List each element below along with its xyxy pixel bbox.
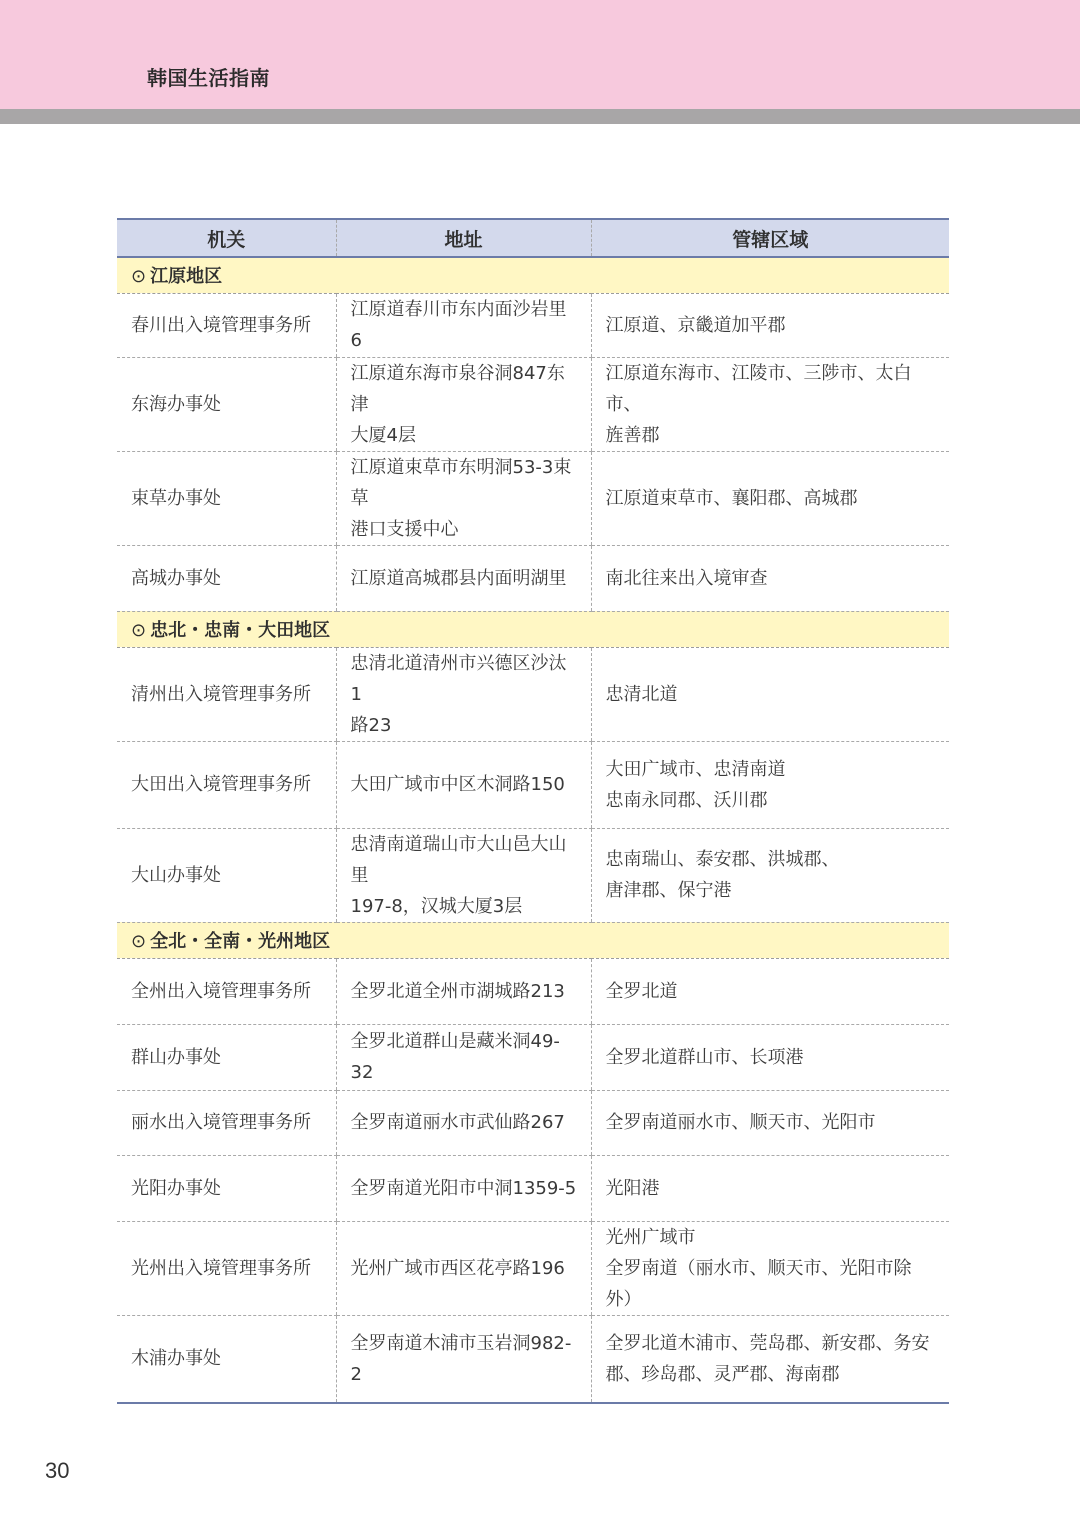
address-line: 全罗北道全州市湖城路213 — [351, 976, 577, 1007]
address-line: 江原道高城郡县内面明湖里 — [351, 563, 577, 594]
office-name-cell: 东海办事处 — [117, 357, 336, 451]
table-row: 丽水出入境管理事务所全罗南道丽水市武仙路267全罗南道丽水市、顺天市、光阳市 — [117, 1090, 949, 1155]
jurisdiction-line: 江原道、京畿道加平郡 — [606, 310, 936, 341]
address-cell: 光州广域市西区花亭路196 — [336, 1221, 591, 1315]
circle-dot-icon: ⊙ — [131, 931, 146, 952]
table-row: 束草办事处江原道束草市东明洞53-3束草港口支援中心江原道束草市、襄阳郡、高城郡 — [117, 451, 949, 545]
address-line: 江原道春川市东内面沙岩里6 — [351, 294, 577, 356]
address-line: 光州广域市西区花亭路196 — [351, 1253, 577, 1284]
office-name-cell: 束草办事处 — [117, 451, 336, 545]
office-name-cell: 全州出入境管理事务所 — [117, 958, 336, 1024]
jurisdiction-line: 全罗北道木浦市、莞岛郡、新安郡、务安 — [606, 1328, 936, 1359]
circle-dot-icon: ⊙ — [131, 266, 146, 287]
address-line: 江原道束草市东明洞53-3束草 — [351, 452, 577, 514]
table-row: 大田出入境管理事务所大田广域市中区木洞路150大田广域市、忠清南道忠南永同郡、沃… — [117, 741, 949, 828]
region-header: ⊙忠北・忠南・大田地区 — [117, 611, 949, 647]
jurisdiction-line: 全罗南道丽水市、顺天市、光阳市 — [606, 1107, 936, 1138]
table-header-row: 机关 地址 管辖区域 — [117, 219, 949, 257]
jurisdiction-cell: 全罗北道 — [591, 958, 949, 1024]
jurisdiction-cell: 全罗北道木浦市、莞岛郡、新安郡、务安郡、珍岛郡、灵严郡、海南郡 — [591, 1315, 949, 1403]
immigration-office-table: 机关 地址 管辖区域 ⊙江原地区春川出入境管理事务所江原道春川市东内面沙岩里6江… — [117, 218, 949, 1404]
office-name-cell: 木浦办事处 — [117, 1315, 336, 1403]
table-row: 大山办事处忠清南道瑞山市大山邑大山里197-8，汉城大厦3层忠南瑞山、泰安郡、洪… — [117, 828, 949, 922]
jurisdiction-line: 全罗北道群山市、长项港 — [606, 1042, 936, 1073]
region-header: ⊙全北・全南・光州地区 — [117, 922, 949, 958]
address-line: 全罗北道群山是藏米洞49-32 — [351, 1026, 577, 1088]
jurisdiction-line: 忠清北道 — [606, 679, 936, 710]
table-row: 全州出入境管理事务所全罗北道全州市湖城路213全罗北道 — [117, 958, 949, 1024]
jurisdiction-line: 唐津郡、保宁港 — [606, 875, 936, 906]
address-line: 全罗南道木浦市玉岩洞982-2 — [351, 1328, 577, 1390]
jurisdiction-cell: 全罗北道群山市、长项港 — [591, 1024, 949, 1090]
jurisdiction-line: 南北往来出入境审查 — [606, 563, 936, 594]
office-name-cell: 清州出入境管理事务所 — [117, 647, 336, 741]
table-row: 群山办事处全罗北道群山是藏米洞49-32全罗北道群山市、长项港 — [117, 1024, 949, 1090]
address-line: 197-8，汉城大厦3层 — [351, 891, 577, 922]
jurisdiction-cell: 江原道东海市、江陵市、三陟市、太白市、旌善郡 — [591, 357, 949, 451]
jurisdiction-line: 郡、珍岛郡、灵严郡、海南郡 — [606, 1359, 936, 1390]
jurisdiction-line: 江原道东海市、江陵市、三陟市、太白市、 — [606, 358, 936, 420]
address-cell: 全罗南道丽水市武仙路267 — [336, 1090, 591, 1155]
document-title: 韩国生活指南 — [147, 62, 270, 91]
office-name-cell: 大田出入境管理事务所 — [117, 741, 336, 828]
table-row: 清州出入境管理事务所忠清北道清州市兴德区沙汰1路23忠清北道 — [117, 647, 949, 741]
jurisdiction-line: 光阳港 — [606, 1173, 936, 1204]
jurisdiction-line: 光州广域市 — [606, 1222, 936, 1253]
document-page: 韩国生活指南 机关 地址 管辖区域 ⊙江原地区春川出入境管理事务所江原道春川市东… — [0, 0, 1080, 1533]
column-header-office: 机关 — [117, 219, 336, 257]
jurisdiction-line: 江原道束草市、襄阳郡、高城郡 — [606, 483, 936, 514]
office-name-cell: 丽水出入境管理事务所 — [117, 1090, 336, 1155]
address-line: 全罗南道光阳市中洞1359-5 — [351, 1173, 577, 1204]
jurisdiction-line: 全罗南道（丽水市、顺天市、光阳市除外） — [606, 1253, 936, 1315]
table-row: 光阳办事处全罗南道光阳市中洞1359-5光阳港 — [117, 1155, 949, 1221]
jurisdiction-cell: 光阳港 — [591, 1155, 949, 1221]
table-row: 春川出入境管理事务所江原道春川市东内面沙岩里6江原道、京畿道加平郡 — [117, 293, 949, 357]
address-cell: 全罗南道木浦市玉岩洞982-2 — [336, 1315, 591, 1403]
address-cell: 全罗北道群山是藏米洞49-32 — [336, 1024, 591, 1090]
address-cell: 大田广域市中区木洞路150 — [336, 741, 591, 828]
header-band: 韩国生活指南 — [0, 0, 1080, 109]
region-header: ⊙江原地区 — [117, 257, 949, 293]
jurisdiction-cell: 江原道、京畿道加平郡 — [591, 293, 949, 357]
jurisdiction-cell: 光州广域市全罗南道（丽水市、顺天市、光阳市除外） — [591, 1221, 949, 1315]
office-name-cell: 光阳办事处 — [117, 1155, 336, 1221]
address-line: 港口支援中心 — [351, 514, 577, 545]
immigration-office-table-container: 机关 地址 管辖区域 ⊙江原地区春川出入境管理事务所江原道春川市东内面沙岩里6江… — [117, 218, 949, 1404]
office-name-cell: 光州出入境管理事务所 — [117, 1221, 336, 1315]
address-cell: 江原道束草市东明洞53-3束草港口支援中心 — [336, 451, 591, 545]
address-cell: 全罗南道光阳市中洞1359-5 — [336, 1155, 591, 1221]
circle-dot-icon: ⊙ — [131, 620, 146, 641]
address-cell: 江原道高城郡县内面明湖里 — [336, 545, 591, 611]
address-line: 大田广域市中区木洞路150 — [351, 769, 577, 800]
office-name-cell: 高城办事处 — [117, 545, 336, 611]
jurisdiction-cell: 忠清北道 — [591, 647, 949, 741]
jurisdiction-line: 旌善郡 — [606, 420, 936, 451]
address-line: 忠清南道瑞山市大山邑大山里 — [351, 829, 577, 891]
address-cell: 江原道东海市泉谷洞847东津大厦4层 — [336, 357, 591, 451]
address-line: 路23 — [351, 710, 577, 741]
column-header-address: 地址 — [336, 219, 591, 257]
column-header-jurisdiction: 管辖区域 — [591, 219, 949, 257]
jurisdiction-cell: 江原道束草市、襄阳郡、高城郡 — [591, 451, 949, 545]
jurisdiction-line: 全罗北道 — [606, 976, 936, 1007]
office-name-cell: 群山办事处 — [117, 1024, 336, 1090]
address-cell: 全罗北道全州市湖城路213 — [336, 958, 591, 1024]
table-row: 木浦办事处全罗南道木浦市玉岩洞982-2全罗北道木浦市、莞岛郡、新安郡、务安郡、… — [117, 1315, 949, 1403]
address-cell: 江原道春川市东内面沙岩里6 — [336, 293, 591, 357]
jurisdiction-cell: 忠南瑞山、泰安郡、洪城郡、唐津郡、保宁港 — [591, 828, 949, 922]
office-name-cell: 大山办事处 — [117, 828, 336, 922]
jurisdiction-line: 忠南永同郡、沃川郡 — [606, 785, 936, 816]
office-name-cell: 春川出入境管理事务所 — [117, 293, 336, 357]
address-cell: 忠清南道瑞山市大山邑大山里197-8，汉城大厦3层 — [336, 828, 591, 922]
region-header-row: ⊙江原地区 — [117, 257, 949, 293]
region-label: 忠北・忠南・大田地区 — [150, 620, 330, 641]
region-header-row: ⊙忠北・忠南・大田地区 — [117, 611, 949, 647]
table-body: ⊙江原地区春川出入境管理事务所江原道春川市东内面沙岩里6江原道、京畿道加平郡东海… — [117, 257, 949, 1403]
jurisdiction-cell: 全罗南道丽水市、顺天市、光阳市 — [591, 1090, 949, 1155]
header-divider — [0, 109, 1080, 124]
region-label: 江原地区 — [150, 266, 222, 287]
address-line: 全罗南道丽水市武仙路267 — [351, 1107, 577, 1138]
address-line: 江原道东海市泉谷洞847东津 — [351, 358, 577, 420]
address-cell: 忠清北道清州市兴德区沙汰1路23 — [336, 647, 591, 741]
jurisdiction-cell: 南北往来出入境审查 — [591, 545, 949, 611]
table-row: 光州出入境管理事务所光州广域市西区花亭路196光州广域市全罗南道（丽水市、顺天市… — [117, 1221, 949, 1315]
jurisdiction-line: 大田广域市、忠清南道 — [606, 754, 936, 785]
region-header-row: ⊙全北・全南・光州地区 — [117, 922, 949, 958]
page-number: 30 — [45, 1458, 69, 1484]
table-row: 高城办事处江原道高城郡县内面明湖里南北往来出入境审查 — [117, 545, 949, 611]
jurisdiction-line: 忠南瑞山、泰安郡、洪城郡、 — [606, 844, 936, 875]
address-line: 大厦4层 — [351, 420, 577, 451]
address-line: 忠清北道清州市兴德区沙汰1 — [351, 648, 577, 710]
jurisdiction-cell: 大田广域市、忠清南道忠南永同郡、沃川郡 — [591, 741, 949, 828]
table-row: 东海办事处江原道东海市泉谷洞847东津大厦4层江原道东海市、江陵市、三陟市、太白… — [117, 357, 949, 451]
region-label: 全北・全南・光州地区 — [150, 931, 330, 952]
